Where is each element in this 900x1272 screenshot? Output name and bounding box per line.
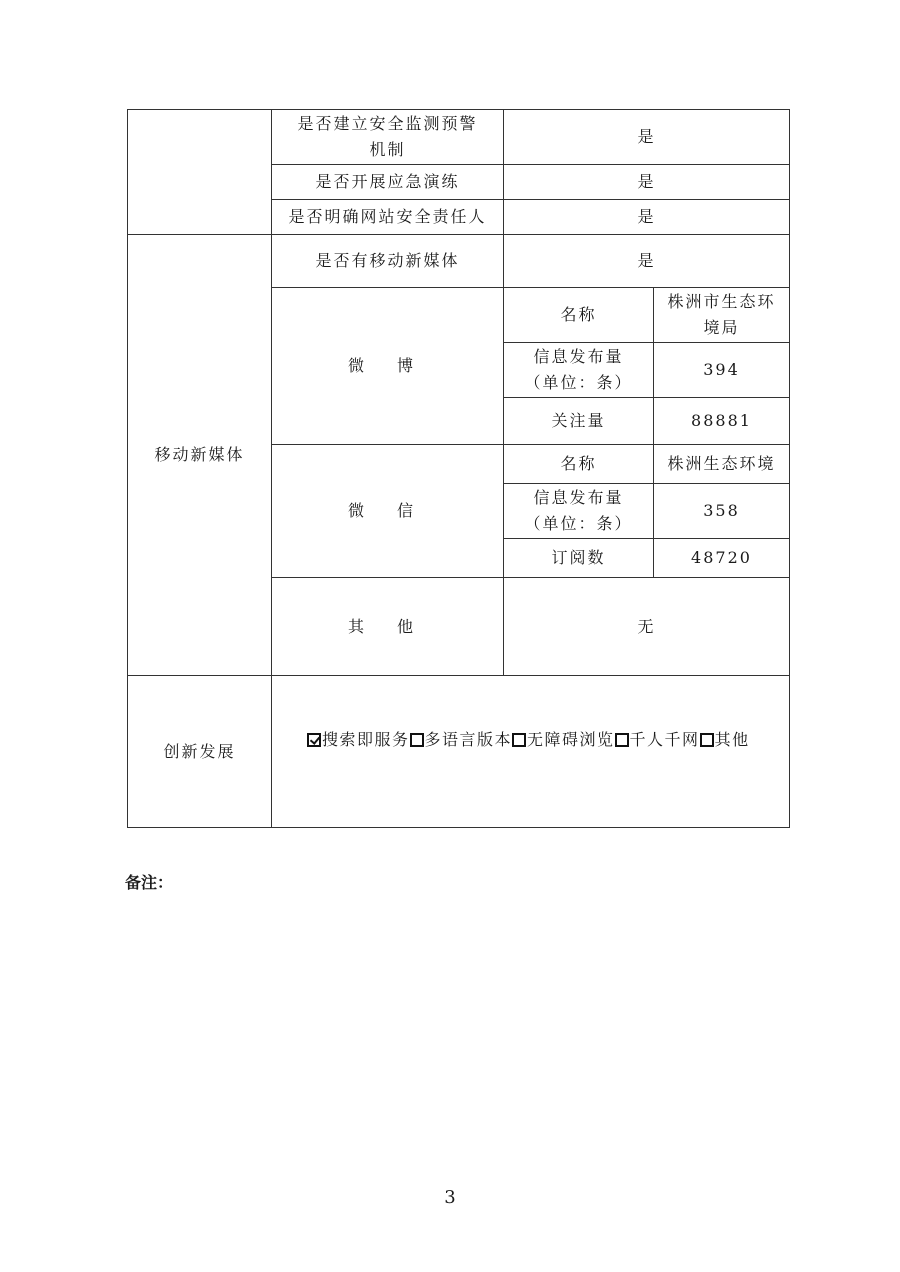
weibo-posts-value: 394 <box>654 343 789 397</box>
checkbox-empty-icon[interactable] <box>700 733 714 747</box>
checkbox-empty-icon[interactable] <box>410 733 424 747</box>
weibo-name-label: 名称 <box>504 288 653 342</box>
checkbox-empty-icon[interactable] <box>512 733 526 747</box>
security-monitoring-answer: 是 <box>504 110 789 164</box>
cell-text: 境局 <box>703 315 739 341</box>
option-label: 多语言版本 <box>425 730 513 749</box>
table-border <box>789 109 790 828</box>
option-label: 搜索即服务 <box>322 730 410 749</box>
option-other[interactable]: 其他 <box>700 730 750 749</box>
remarks-label: 备注： <box>125 870 173 893</box>
security-officer-answer: 是 <box>504 200 789 234</box>
weibo-posts-label: 信息发布量 （单位：条） <box>504 343 653 397</box>
has-mobile-media-question: 是否有移动新媒体 <box>272 235 503 287</box>
cell-text: 是否建立安全监测预警 <box>297 111 477 137</box>
option-multilingual[interactable]: 多语言版本 <box>410 730 513 749</box>
weibo-label: 微 博 <box>272 288 503 444</box>
table-border <box>127 827 789 828</box>
option-label: 千人千网 <box>630 730 700 749</box>
wechat-name-value: 株洲生态环境 <box>654 445 789 483</box>
security-officer-question: 是否明确网站安全责任人 <box>272 200 503 234</box>
emergency-drill-answer: 是 <box>504 165 789 199</box>
wechat-name-label: 名称 <box>504 445 653 483</box>
cell-text: 株洲市生态环 <box>667 289 775 315</box>
emergency-drill-question: 是否开展应急演练 <box>272 165 503 199</box>
wechat-subscribers-value: 48720 <box>654 539 789 577</box>
weibo-name-value: 株洲市生态环 境局 <box>654 288 789 342</box>
other-media-value: 无 <box>504 578 789 675</box>
wechat-posts-value: 358 <box>654 484 789 538</box>
cell-text: （单位：条） <box>524 370 632 396</box>
cell-text: 信息发布量 <box>533 344 623 370</box>
option-label: 其他 <box>715 730 750 749</box>
option-accessibility[interactable]: 无障碍浏览 <box>512 730 615 749</box>
weibo-followers-label: 关注量 <box>504 398 653 444</box>
has-mobile-media-answer: 是 <box>504 235 789 287</box>
option-label: 无障碍浏览 <box>527 730 615 749</box>
wechat-label: 微 信 <box>272 445 503 577</box>
other-media-label: 其 他 <box>272 578 503 675</box>
cell-text: （单位：条） <box>524 511 632 537</box>
checkbox-checked-icon[interactable] <box>307 733 321 747</box>
cell-text: 机制 <box>369 137 405 163</box>
weibo-followers-value: 88881 <box>654 398 789 444</box>
security-monitoring-question: 是否建立安全监测预警 机制 <box>272 110 503 164</box>
option-personalized[interactable]: 千人千网 <box>615 730 700 749</box>
wechat-subscribers-label: 订阅数 <box>504 539 653 577</box>
mobile-media-section-label: 移动新媒体 <box>128 235 271 675</box>
innovation-options: 搜索即服务多语言版本无障碍浏览千人千网其他 <box>307 727 750 750</box>
option-search-as-service[interactable]: 搜索即服务 <box>307 730 410 749</box>
wechat-posts-label: 信息发布量 （单位：条） <box>504 484 653 538</box>
page-number: 3 <box>0 1187 900 1208</box>
checkbox-empty-icon[interactable] <box>615 733 629 747</box>
innovation-section-label: 创新发展 <box>128 676 271 827</box>
cell-text: 信息发布量 <box>533 485 623 511</box>
